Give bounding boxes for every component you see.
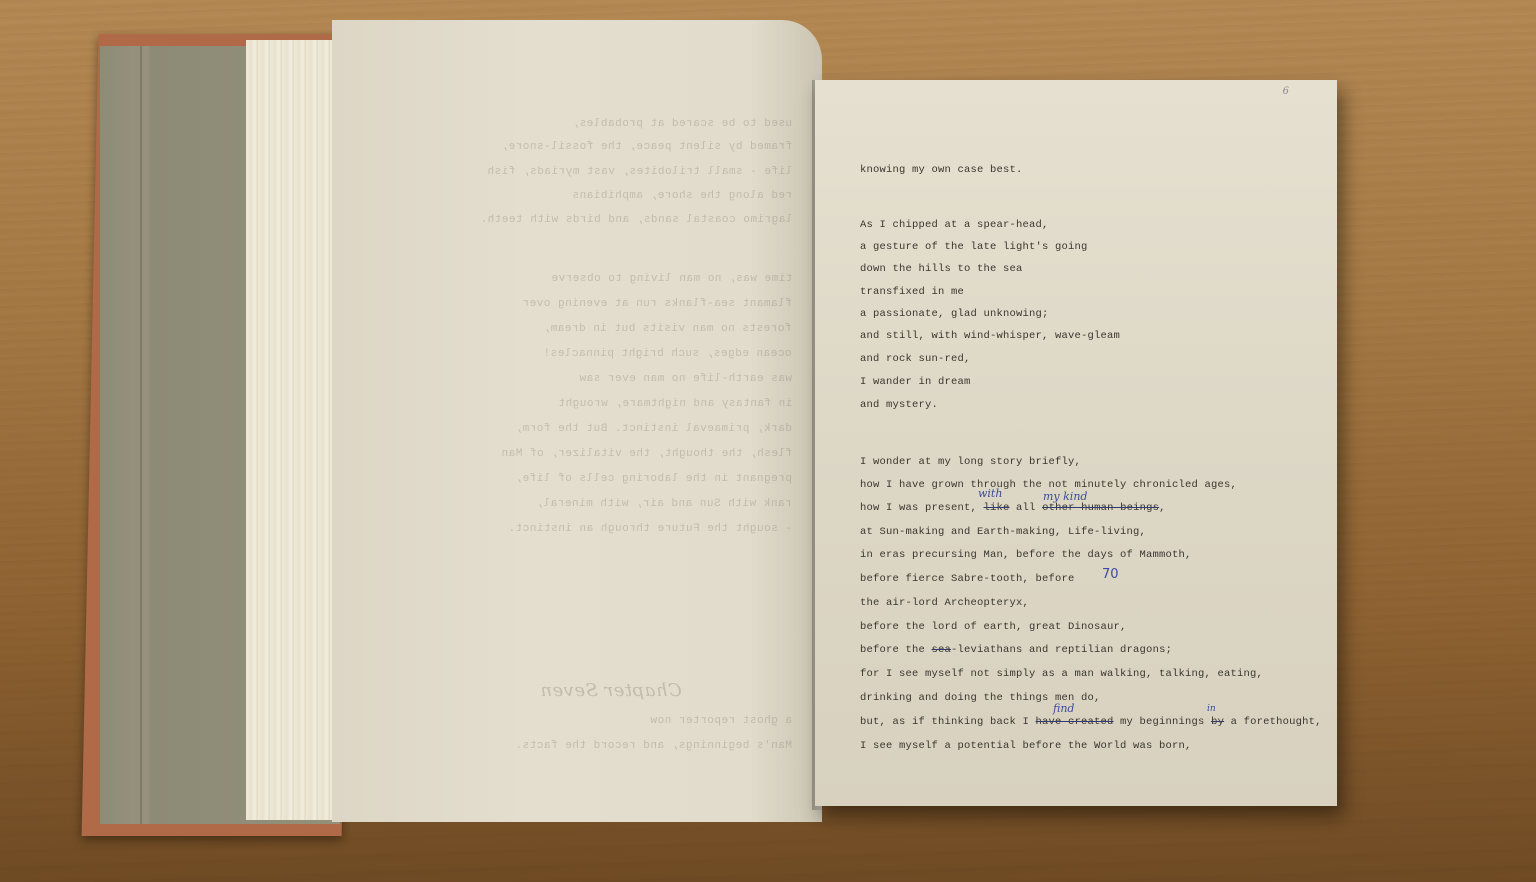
bleed-line: red along the shore, amphibians: [572, 190, 792, 202]
bleed-line: lagrimo coastal sands, and birds with te…: [480, 214, 792, 226]
bleed-line: pregnant in the laboring cells of life,: [515, 473, 792, 485]
text-segment: a forethought,: [1224, 716, 1322, 728]
text-line: I wonder at my long story briefly,: [860, 456, 1081, 468]
bleed-line: dark, primaeval instinct. But the form,: [515, 423, 792, 435]
handwritten-annotation: in: [1207, 704, 1216, 714]
text-line: at Sun-making and Earth-making, Life-liv…: [860, 526, 1146, 538]
bleed-line: rank with Sun and air, with mineral,: [536, 498, 792, 510]
text-line: down the hills to the sea: [860, 263, 1023, 275]
edited-line: but, as if thinking back I have created …: [860, 716, 1322, 728]
text-line: and still, with wind-whisper, wave-gleam: [860, 330, 1120, 342]
struck-text: have created: [1036, 716, 1114, 728]
struck-text: sea: [932, 644, 952, 656]
text-line: a passionate, glad unknowing;: [860, 308, 1049, 320]
left-page[interactable]: used to be scared at probables, framed b…: [332, 20, 822, 822]
edited-line: before the sea-leviathans and reptilian …: [860, 644, 1172, 656]
text-line: the air-lord Archeopteryx,: [860, 597, 1029, 609]
text-segment: before the: [860, 644, 932, 656]
bleed-line: flesh, the thought, the vitalizer, of Ma…: [501, 448, 792, 460]
bleed-line: Man's beginnings, and record the facts.: [515, 740, 792, 752]
bleed-line: time was, no man living to observe: [551, 273, 792, 285]
bleed-line: framed by silent peace, the fossil-snore…: [501, 141, 792, 153]
text-line: transfixed in me: [860, 286, 964, 298]
text-line: I see myself a potential before the Worl…: [860, 740, 1192, 752]
text-line: before the lord of earth, great Dinosaur…: [860, 621, 1127, 633]
page-stack: [246, 40, 346, 820]
bleed-line: ocean edges, such bright pinnacles!: [543, 348, 792, 360]
edited-line: how I was present, like all other human …: [860, 502, 1166, 514]
text-line: a gesture of the late light's going: [860, 241, 1088, 253]
bleed-heading: Chapter Seven: [540, 680, 682, 701]
text-line: in eras precursing Man, before the days …: [860, 549, 1192, 561]
text-line: and rock sun-red,: [860, 353, 971, 365]
text-line: and mystery.: [860, 399, 938, 411]
bleed-line: flamant sea-flanks run at evening over: [522, 298, 792, 310]
bleed-line: forests no man visits but in dream,: [543, 323, 792, 335]
bleed-line: used to be scared at probables,: [572, 118, 792, 130]
text-segment: all: [1010, 502, 1043, 514]
handwritten-annotation: my kind: [1043, 490, 1087, 503]
text-segment: -leviathans and reptilian dragons;: [951, 644, 1172, 656]
bleed-line: a ghost reporter now: [650, 715, 792, 727]
text-line: I wander in dream: [860, 376, 971, 388]
struck-text: by: [1211, 716, 1224, 728]
right-page[interactable]: 6 knowing my own case best. As I chipped…: [815, 80, 1337, 806]
text-segment: but, as if thinking back I: [860, 716, 1036, 728]
struck-text: like: [984, 502, 1010, 514]
text-line: As I chipped at a spear-head,: [860, 219, 1049, 231]
text-segment: ,: [1159, 502, 1166, 514]
struck-text: other human beings: [1042, 502, 1159, 514]
text-segment: how I was present,: [860, 502, 984, 514]
text-line: for I see myself not simply as a man wal…: [860, 668, 1263, 680]
text-segment: my beginnings: [1114, 716, 1212, 728]
handwritten-number: 70: [1102, 567, 1119, 582]
bleed-line: - sought the Future through an instinct.: [508, 523, 792, 535]
handwritten-annotation: find: [1053, 702, 1074, 715]
page-number: 6: [1283, 86, 1289, 97]
text-line: before fierce Sabre-tooth, before: [860, 573, 1075, 585]
bleed-line: was earth-life no man ever saw: [579, 373, 792, 385]
handwritten-annotation: with: [978, 487, 1002, 500]
bleed-line: in fantasy and nightmare, wrought: [558, 398, 792, 410]
bleed-line: life - small trilobites, vast myriads, f…: [487, 166, 792, 178]
endpaper-fold: [140, 46, 142, 824]
text-line: knowing my own case best.: [860, 164, 1023, 176]
